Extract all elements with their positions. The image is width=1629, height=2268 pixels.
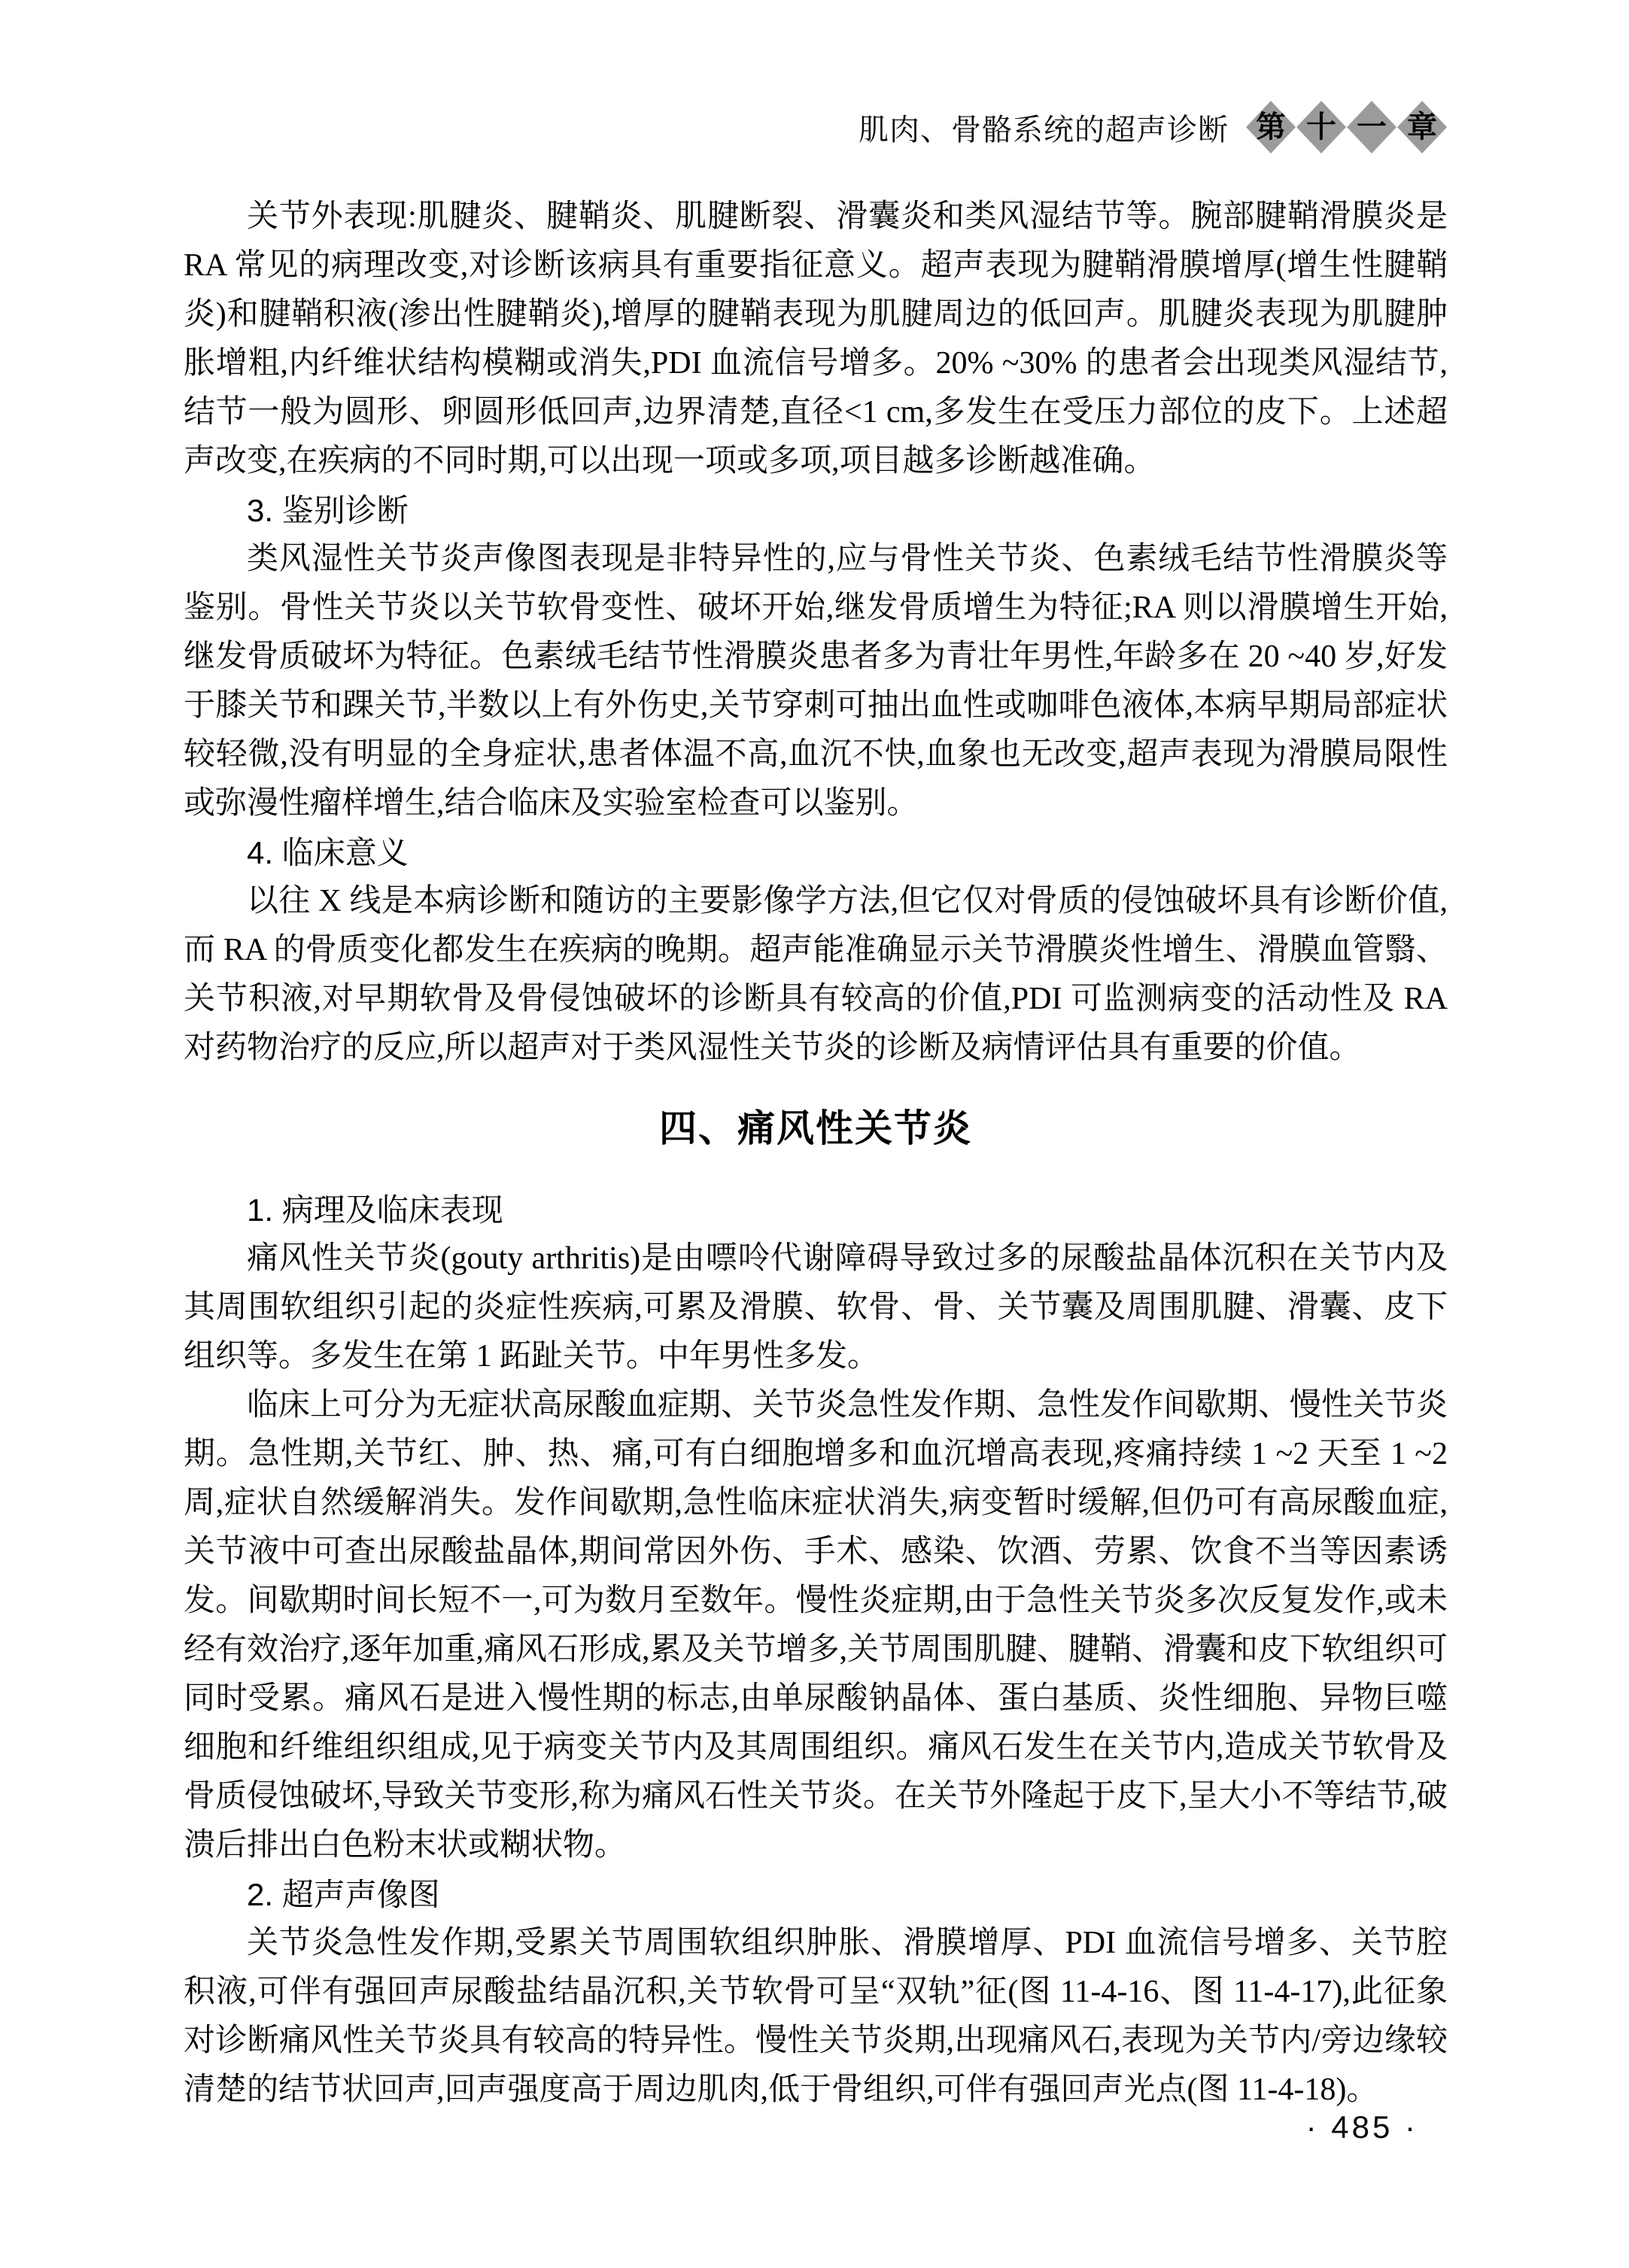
heading-ultrasound-appearance: 2. 超声声像图: [184, 1870, 1448, 1919]
chapter-diamond-3: 一: [1347, 101, 1397, 153]
heading-clinical-significance: 4. 临床意义: [184, 828, 1448, 877]
chapter-diamond-4: 章: [1397, 101, 1447, 153]
section-title-gouty-arthritis: 四、痛风性关节炎: [184, 1098, 1448, 1158]
heading-differential-diagnosis: 3. 鉴别诊断: [184, 486, 1448, 535]
document-page: 肌肉、骨骼系统的超声诊断 第 十 一 章 关节外表现:肌腱炎、腱鞘炎、肌腱断裂、…: [0, 0, 1629, 2268]
heading-pathology-clinical-manifestation: 1. 病理及临床表现: [184, 1186, 1448, 1234]
paragraph-differential-diagnosis: 类风湿性关节炎声像图表现是非特异性的,应与骨性关节炎、色素绒毛结节性滑膜炎等鉴别…: [184, 535, 1448, 828]
chapter-char-1: 第: [1256, 112, 1286, 142]
page-header: 肌肉、骨骼系统的超声诊断 第 十 一 章: [859, 101, 1447, 153]
chapter-char-4: 章: [1407, 112, 1437, 142]
paragraph-gout-ultrasound: 关节炎急性发作期,受累关节周围软组织肿胀、滑膜增厚、PDI 血流信号增多、关节腔…: [184, 1919, 1448, 2115]
paragraph-ra-extraarticular: 关节外表现:肌腱炎、腱鞘炎、肌腱断裂、滑囊炎和类风湿结节等。腕部腱鞘滑膜炎是 R…: [184, 193, 1448, 486]
chapter-diamond-2: 十: [1296, 101, 1346, 153]
page-number: · 485 ·: [1306, 2109, 1418, 2145]
paragraph-gout-clinical-stages: 临床上可分为无症状高尿酸血症期、关节炎急性发作期、急性发作间歇期、慢性关节炎期。…: [184, 1381, 1448, 1870]
page-body: 关节外表现:肌腱炎、腱鞘炎、肌腱断裂、滑囊炎和类风湿结节等。腕部腱鞘滑膜炎是 R…: [184, 193, 1448, 2115]
chapter-diamond-1: 第: [1246, 101, 1296, 153]
chapter-char-2: 十: [1306, 112, 1336, 142]
chapter-badge: 第 十 一 章: [1245, 101, 1447, 153]
chapter-char-3: 一: [1357, 112, 1387, 142]
running-title: 肌肉、骨骼系统的超声诊断: [859, 106, 1229, 149]
paragraph-clinical-significance: 以往 X 线是本病诊断和随访的主要影像学方法,但它仅对骨质的侵蚀破坏具有诊断价值…: [184, 877, 1448, 1073]
paragraph-gout-definition: 痛风性关节炎(gouty arthritis)是由嘌呤代谢障碍导致过多的尿酸盐晶…: [184, 1234, 1448, 1381]
